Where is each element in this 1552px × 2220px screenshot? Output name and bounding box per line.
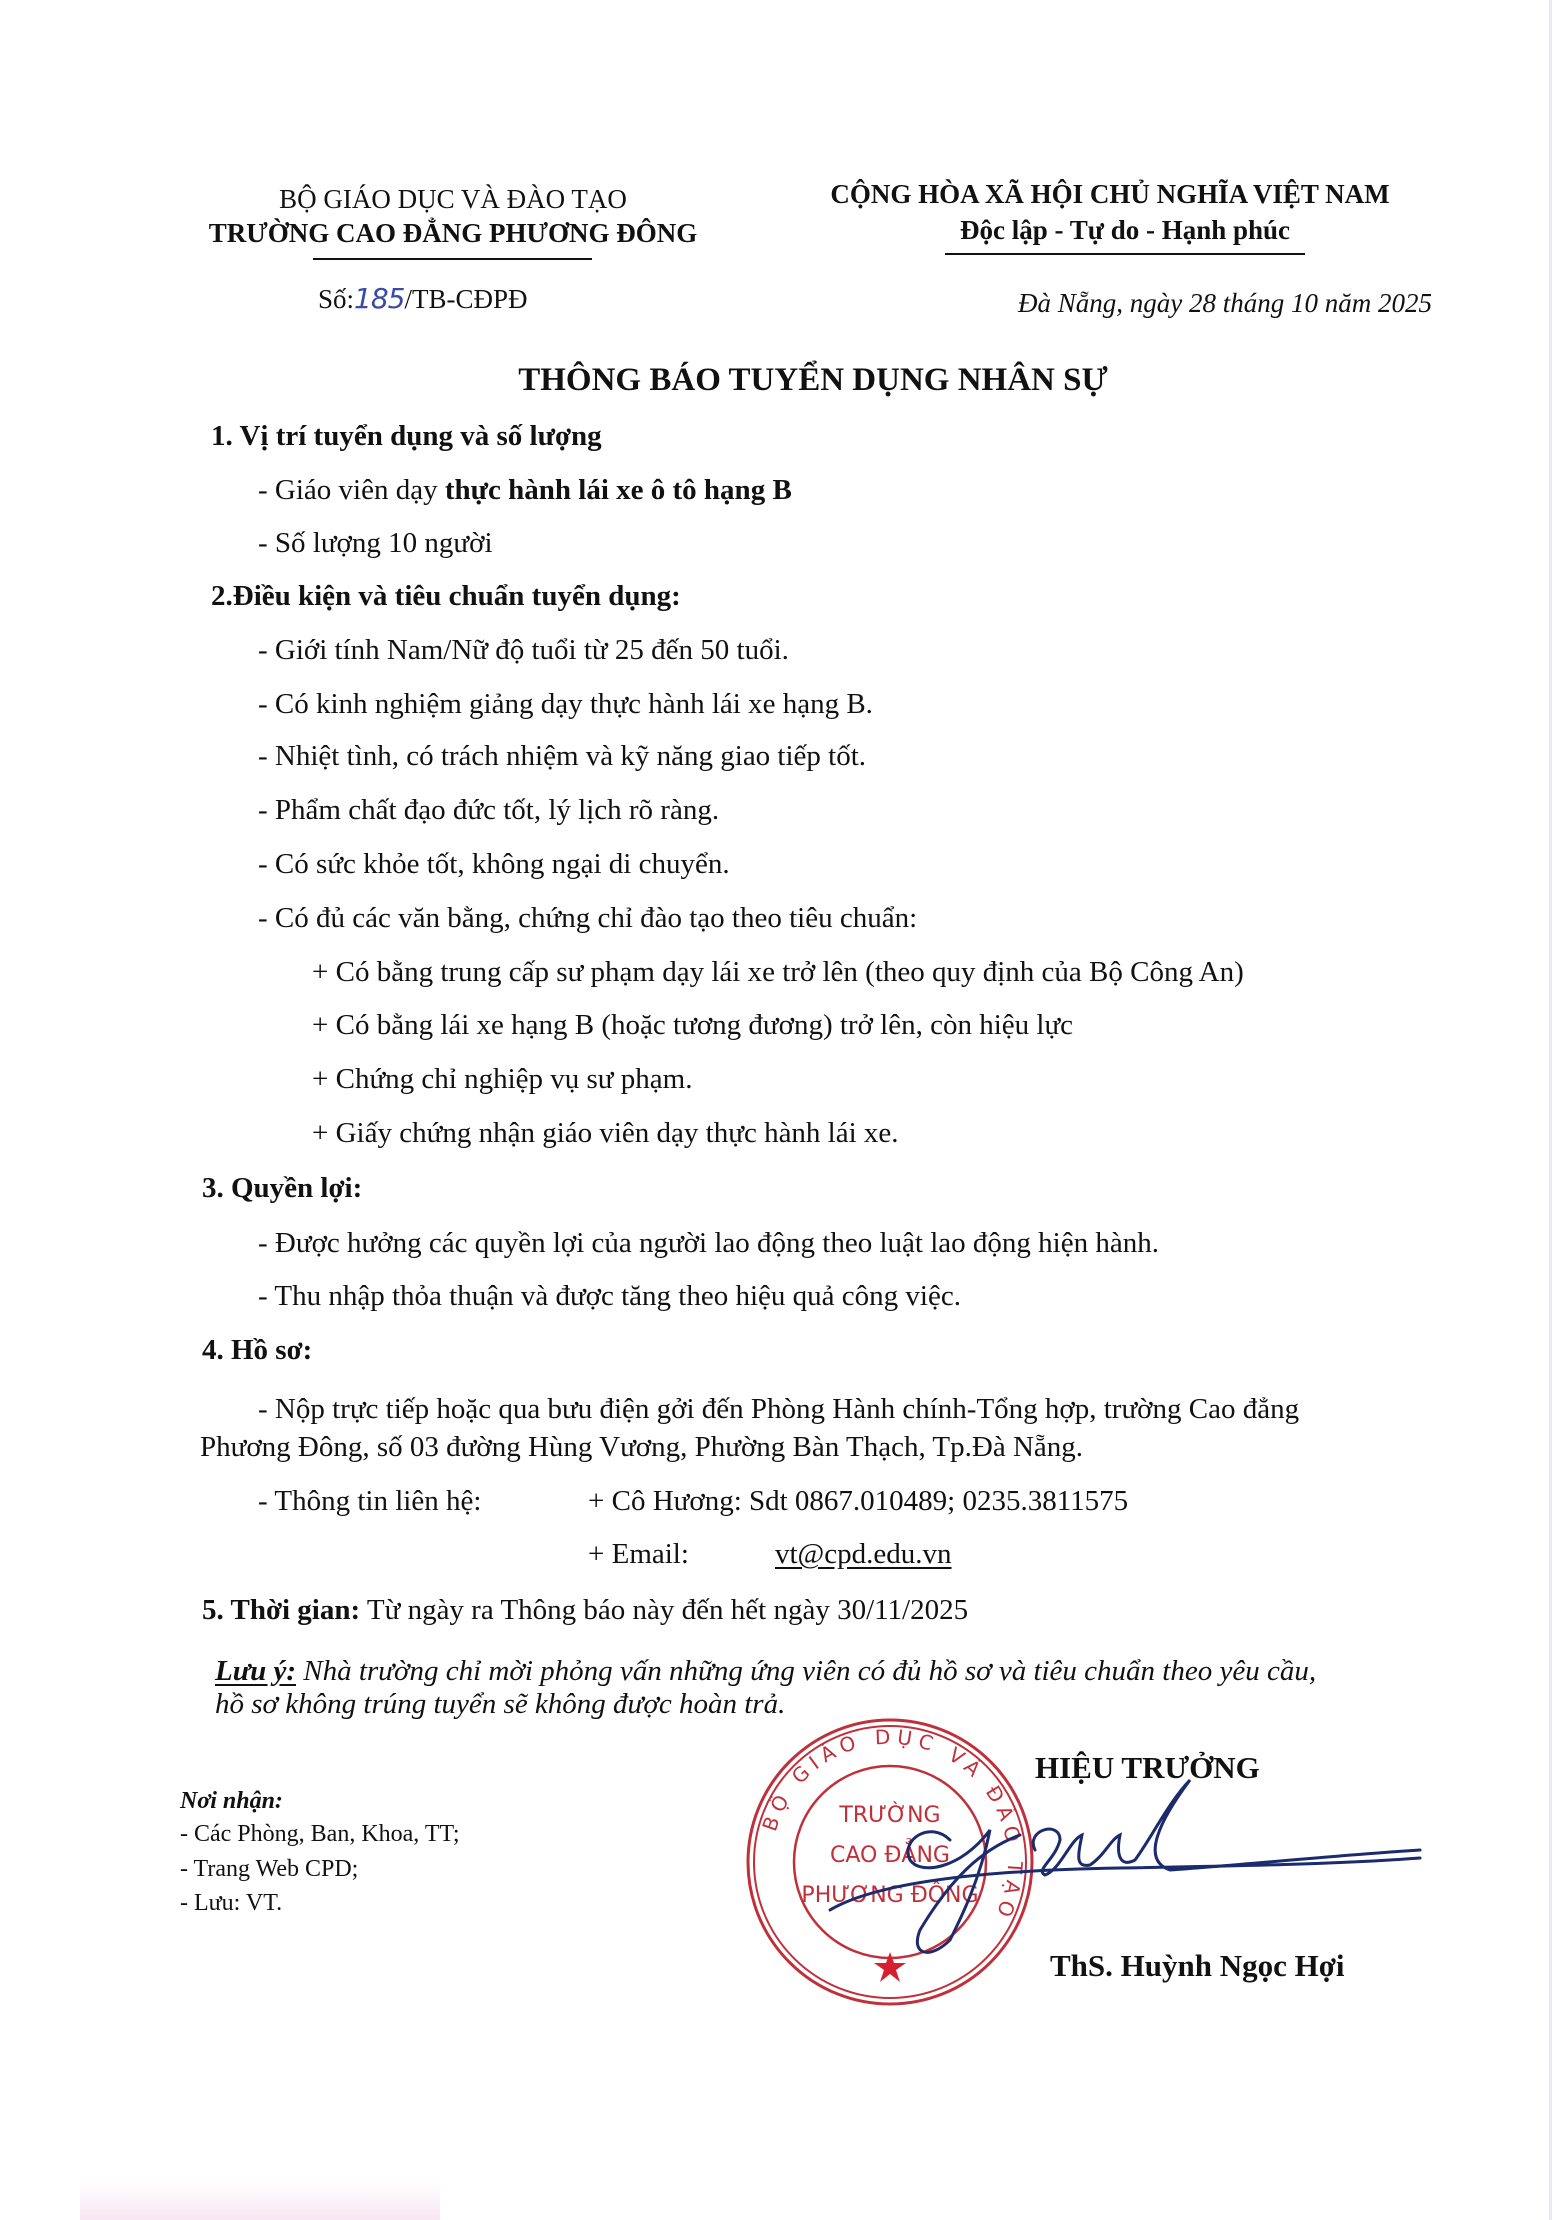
email-label: + Email: [588, 1540, 689, 1569]
item-text-bold: thực hành lái xe ô tô hạng B [445, 474, 792, 506]
contact-phone: + Cô Hương: Sdt 0867.010489; 0235.381157… [588, 1487, 1128, 1516]
section-2-item: - Nhiệt tình, có trách nhiệm và kỹ năng … [258, 742, 866, 771]
section-2-subitem: + Có bằng trung cấp sư phạm dạy lái xe t… [312, 958, 1244, 987]
email-link[interactable]: vt@cpd.edu.vn [775, 1540, 952, 1569]
section-3-heading: 3. Quyền lợi: [202, 1174, 362, 1203]
section-5-text: Từ ngày ra Thông báo này đến hết ngày 30… [360, 1594, 968, 1626]
section-5-heading: 5. Thời gian: [202, 1594, 360, 1626]
doc-number-suffix: /TB-CĐPĐ [404, 284, 527, 314]
republic-name: CỘNG HÒA XÃ HỘI CHỦ NGHĨA VIỆT NAM [830, 181, 1389, 208]
note-line1: Lưu ý: Nhà trường chỉ mời phỏng vấn nhữn… [215, 1657, 1316, 1686]
doc-number-prefix: Số: [318, 284, 354, 314]
section-2-item: - Giới tính Nam/Nữ độ tuổi từ 25 đến 50 … [258, 636, 789, 665]
document-title: THÔNG BÁO TUYỂN DỤNG NHÂN SỰ [518, 364, 1107, 397]
doc-number: Số:185/TB-CĐPĐ [318, 285, 528, 313]
section-2-subitem: + Giấy chứng nhận giáo viên dạy thực hàn… [312, 1119, 899, 1148]
recipient-item: - Các Phòng, Ban, Khoa, TT; [180, 1822, 460, 1846]
signer-name: ThS. Huỳnh Ngọc Hợi [1050, 1950, 1345, 1981]
contact-label: - Thông tin liên hệ: [258, 1487, 481, 1516]
note-label: Lưu ý: [215, 1655, 296, 1687]
section-2-item: - Có đủ các văn bằng, chứng chỉ đào tạo … [258, 904, 917, 933]
motto: Độc lập - Tự do - Hạnh phúc [960, 217, 1290, 244]
section-1-item: - Số lượng 10 người [258, 529, 493, 558]
section-4-paragraph-line2: Phương Đông, số 03 đường Hùng Vương, Phư… [200, 1433, 1083, 1462]
handwritten-signature [820, 1760, 1440, 1970]
doc-number-handwritten: 185 [354, 282, 404, 315]
section-3-item: - Được hưởng các quyền lợi của người lao… [258, 1229, 1159, 1258]
note-text: Nhà trường chỉ mời phỏng vấn những ứng v… [296, 1655, 1316, 1687]
section-5: 5. Thời gian: Từ ngày ra Thông báo này đ… [202, 1596, 968, 1625]
section-2-heading: 2.Điều kiện và tiêu chuẩn tuyển dụng: [211, 582, 681, 611]
section-2-subitem: + Chứng chỉ nghiệp vụ sư phạm. [312, 1065, 692, 1094]
section-4-heading: 4. Hồ sơ: [202, 1336, 312, 1365]
section-2-subitem: + Có bằng lái xe hạng B (hoặc tương đươn… [312, 1011, 1073, 1040]
school-name: TRƯỜNG CAO ĐẲNG PHƯƠNG ĐÔNG [209, 220, 697, 247]
scan-artifact [80, 2180, 440, 2220]
motto-underline [945, 253, 1305, 255]
place-date: Đà Nẵng, ngày 28 tháng 10 năm 2025 [1018, 290, 1432, 317]
ministry-name: BỘ GIÁO DỤC VÀ ĐÀO TẠO [279, 186, 627, 213]
recipient-item: - Lưu: VT. [180, 1891, 282, 1915]
note-line2: hồ sơ không trúng tuyển sẽ không được ho… [215, 1690, 785, 1719]
section-2-item: - Có sức khỏe tốt, không ngại di chuyển. [258, 850, 730, 879]
section-3-item: - Thu nhập thỏa thuận và được tăng theo … [258, 1282, 961, 1311]
section-4-paragraph-line1: - Nộp trực tiếp hoặc qua bưu điện gởi đế… [258, 1395, 1299, 1424]
section-1-heading: 1. Vị trí tuyển dụng và số lượng [211, 422, 602, 451]
recipients-label: Nơi nhận: [180, 1789, 283, 1813]
section-2-item: - Có kinh nghiệm giảng dạy thực hành lái… [258, 690, 873, 719]
item-text: - Giáo viên dạy [258, 474, 445, 506]
recipient-item: - Trang Web CPD; [180, 1857, 358, 1881]
section-2-item: - Phẩm chất đạo đức tốt, lý lịch rõ ràng… [258, 796, 719, 825]
section-1-item: - Giáo viên dạy thực hành lái xe ô tô hạ… [258, 476, 792, 505]
school-underline [313, 258, 592, 260]
